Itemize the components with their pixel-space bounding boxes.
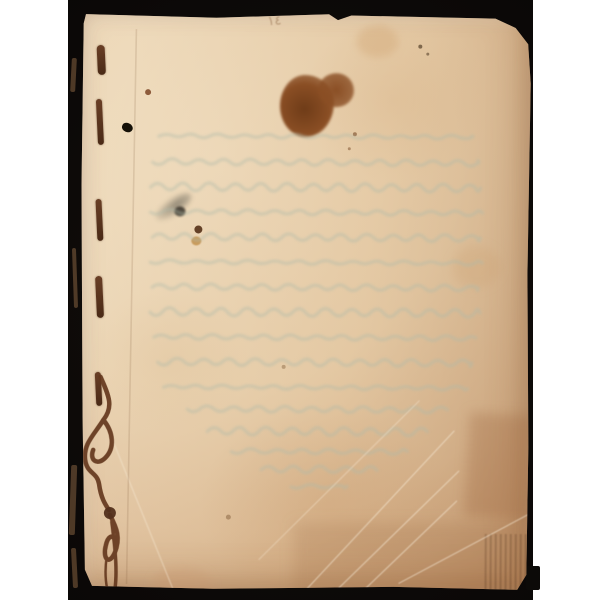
photo-canvas: ١٤ — [0, 0, 600, 600]
binding-knot — [104, 507, 116, 519]
torn-edge-fragment — [71, 548, 78, 588]
torn-edge-fragment — [70, 58, 77, 92]
page-overlay-drawing — [78, 12, 531, 592]
fold-crease — [127, 29, 137, 584]
torn-edge-fragment — [72, 248, 78, 308]
torn-edge-fragment — [69, 465, 77, 535]
manuscript-page: ١٤ — [78, 12, 531, 592]
bleed-through-text — [149, 134, 483, 490]
photo-black-background: ١٤ — [68, 0, 533, 600]
binding-thread — [84, 377, 118, 594]
photo-edge-bump — [526, 566, 540, 590]
